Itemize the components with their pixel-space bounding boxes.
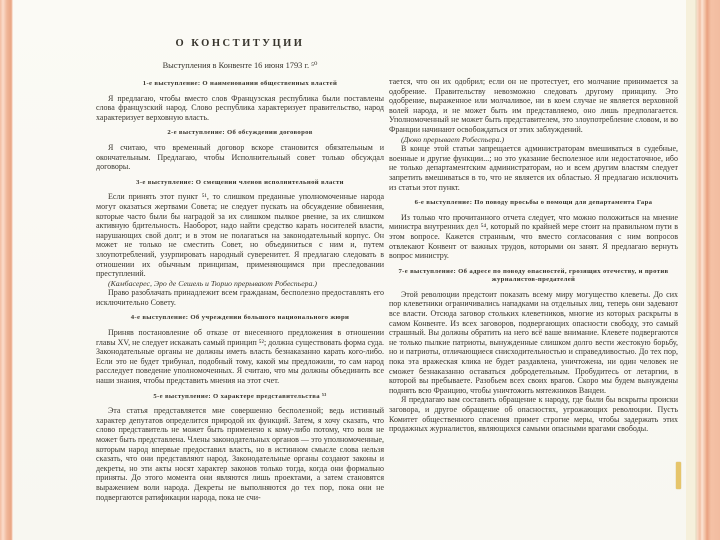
book-edge-right xyxy=(686,0,720,540)
speech-6-heading: 6-е выступление: По поводу просьбы о пом… xyxy=(395,199,672,208)
speech-5-paragraph-continued: тается, что он их одобрил; если он не пр… xyxy=(389,77,678,135)
speech-1-paragraph: Я предлагаю, чтобы вместо слов Французск… xyxy=(96,94,384,123)
speech-5-paragraph: Эта статья представляется мне совершенно… xyxy=(96,406,384,502)
page-edge-artifact xyxy=(676,462,681,489)
stage-direction-interruption-2: (Дюко прерывает Робеспьера.) xyxy=(389,135,678,145)
left-column: О КОНСТИТУЦИИ Выступления в Конвенте 16 … xyxy=(96,36,384,502)
stage-direction-interruption-1: (Камбасерес, Эро де Сешель и Тюрио преры… xyxy=(96,279,384,289)
speech-2-heading: 2-е выступление: Об обсуждении договоров xyxy=(102,129,378,138)
speech-5-heading: 5-е выступление: О характере представите… xyxy=(102,393,378,402)
page-title: О КОНСТИТУЦИИ xyxy=(96,38,384,49)
speech-4-paragraph: Приняв постановление об отказе от внесен… xyxy=(96,328,384,386)
speech-7-paragraph: Этой революции предстоит показать всему … xyxy=(389,290,678,396)
speech-7-heading: 7-е выступление: Об адресе по поводу опа… xyxy=(395,268,672,285)
speech-1-heading: 1-е выступление: О наименовании обществе… xyxy=(102,80,378,89)
scanned-book-page: О КОНСТИТУЦИИ Выступления в Конвенте 16 … xyxy=(0,0,720,540)
subtitle-dateline: Выступления в Конвенте 16 июня 1793 г. ⁵… xyxy=(96,60,384,70)
speech-6-paragraph: Из только что прочитанного отчета следуе… xyxy=(389,213,678,261)
speech-4-heading: 4-е выступление: Об учреждении большого … xyxy=(102,314,378,323)
speech-3-paragraph: Если принять этот пункт ⁵¹, то слишком п… xyxy=(96,192,384,278)
speech-2-paragraph: Я считаю, что временный договор вскоре с… xyxy=(96,143,384,172)
speech-7-paragraph-2: Я предлагаю вам составить обращение к на… xyxy=(389,395,678,433)
right-column: тается, что он их одобрил; если он не пр… xyxy=(389,77,678,434)
book-edge-left xyxy=(0,0,13,540)
speech-5-paragraph-3: В конце этой статьи запрещается админист… xyxy=(389,144,678,192)
speech-3-paragraph-2: Право разоблачать принадлежит всем гражд… xyxy=(96,288,384,307)
speech-3-heading: 3-е выступление: О смещении членов испол… xyxy=(102,179,378,188)
